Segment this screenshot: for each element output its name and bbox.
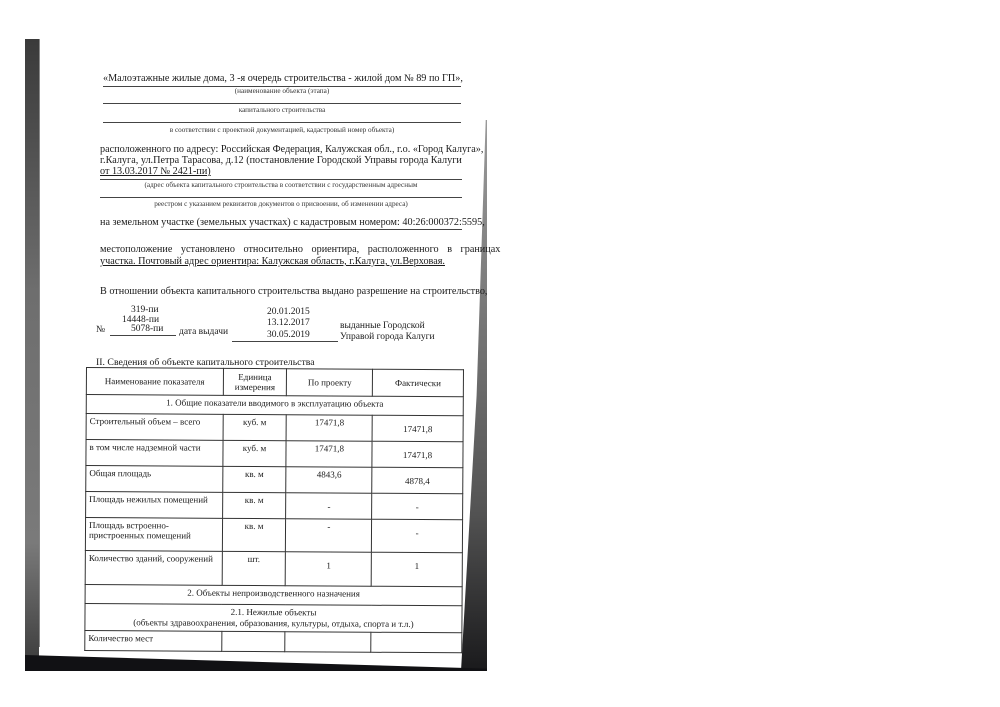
- table-row: Площадь нежилых помещений кв. м - -: [86, 492, 463, 520]
- table-row: Строительный объем – всего куб. м 17471,…: [86, 414, 463, 442]
- group1-title: 1. Общие показатели вводимого в эксплуат…: [86, 395, 463, 416]
- row-unit: куб. м: [223, 414, 287, 440]
- row-project: 4843,6: [286, 467, 372, 494]
- permit-number-3: 5078-пи: [131, 323, 163, 335]
- row-actual: -: [372, 493, 463, 520]
- object-info-table: Наименование показателя Единица измерени…: [84, 367, 464, 653]
- divider: [103, 122, 461, 123]
- scan-shadow-left: [25, 39, 39, 669]
- divider: [100, 197, 462, 198]
- table-row: Площадь встроенно-пристроенных помещений…: [85, 518, 462, 553]
- row-unit: кв. м: [222, 466, 286, 492]
- row-actual: 17471,8: [372, 441, 463, 468]
- divider: [110, 335, 176, 336]
- date-label: дата выдачи: [179, 326, 228, 338]
- table-row: Количество зданий, сооружений шт. 1 1: [85, 550, 462, 586]
- permit-date-3: 30.05.2019: [267, 329, 310, 341]
- divider: [232, 341, 338, 342]
- table-row: Общая площадь кв. м 4843,6 4878,4: [86, 466, 463, 494]
- row-unit: [221, 631, 285, 651]
- land-plot-text: на земельном участке (земельных участках…: [100, 217, 485, 229]
- group-header-row: 2.1. Нежилые объекты (объекты здравоохра…: [85, 603, 462, 632]
- scan-shadow-bottom: [25, 655, 487, 671]
- address-caption-2: реестром с указанием реквизитов документ…: [100, 200, 462, 209]
- object-name-caption: (наименование объекта (этапа): [103, 87, 461, 96]
- object-name: «Малоэтажные жилые дома, 3 -я очередь ст…: [103, 73, 463, 85]
- row-actual: -: [372, 519, 463, 553]
- group-header-row: 1. Общие показатели вводимого в эксплуат…: [86, 395, 463, 416]
- table-row: в том числе надземной части куб. м 17471…: [86, 440, 463, 468]
- row-name: Строительный объем – всего: [86, 414, 223, 441]
- group21-header: 2.1. Нежилые объекты (объекты здравоохра…: [85, 603, 462, 632]
- header-indicator: Наименование показателя: [86, 368, 223, 396]
- row-unit: кв. м: [222, 518, 286, 551]
- group21-subtitle: (объекты здравоохранения, образования, к…: [88, 617, 458, 630]
- row-unit: кв. м: [222, 492, 286, 518]
- row-name: Количество мест: [85, 630, 222, 651]
- row-unit: куб. м: [222, 440, 286, 466]
- header-actual: Фактически: [373, 369, 464, 397]
- table-header-row: Наименование показателя Единица измерени…: [86, 368, 463, 397]
- row-name: Количество зданий, сооружений: [85, 550, 222, 585]
- row-unit: шт.: [222, 551, 286, 585]
- permit-number-label: №: [96, 324, 105, 336]
- address-line-3: от 13.03.2017 № 2421-пи): [100, 166, 211, 178]
- row-name: Площадь встроенно-пристроенных помещений: [85, 518, 222, 552]
- header-unit: Единица измерения: [223, 368, 287, 395]
- permit-date-2: 13.12.2017: [267, 317, 310, 329]
- row-project: -: [286, 493, 372, 520]
- row-project: [285, 632, 371, 653]
- divider: [103, 103, 461, 104]
- row-project: -: [286, 519, 372, 553]
- header-project: По проекту: [287, 369, 373, 397]
- group2-title: 2. Объекты непроизводственного назначени…: [85, 584, 462, 605]
- row-name: в том числе надземной части: [86, 440, 223, 467]
- location-line-2: участка. Почтовый адрес ориентира: Калуж…: [100, 256, 445, 268]
- row-actual: [371, 632, 462, 653]
- row-actual: 17471,8: [372, 415, 463, 442]
- page-edge: [39, 39, 40, 647]
- capital-caption: капитального строительства: [103, 106, 461, 115]
- scan-shadow-right: [461, 120, 487, 671]
- address-caption-1: (адрес объекта капитального строительств…: [100, 181, 462, 190]
- row-project: 1: [286, 552, 372, 587]
- table-row: Количество мест: [85, 630, 462, 652]
- row-project: 17471,8: [287, 415, 373, 442]
- divider: [170, 229, 462, 230]
- row-actual: 1: [371, 552, 462, 587]
- group-header-row: 2. Объекты непроизводственного назначени…: [85, 584, 462, 605]
- row-name: Площадь нежилых помещений: [86, 492, 223, 519]
- row-name: Общая площадь: [86, 466, 223, 493]
- permit-intro: В отношении объекта капитального строите…: [100, 286, 487, 298]
- row-actual: 4878,4: [372, 467, 463, 494]
- project-caption: в соответствии с проектной документацией…: [103, 126, 461, 135]
- divider: [100, 179, 462, 180]
- location-line-1: местоположение установлено относительно …: [100, 244, 500, 256]
- row-project: 17471,8: [286, 441, 372, 468]
- issuer-line-2: Управой города Калуги: [340, 331, 435, 343]
